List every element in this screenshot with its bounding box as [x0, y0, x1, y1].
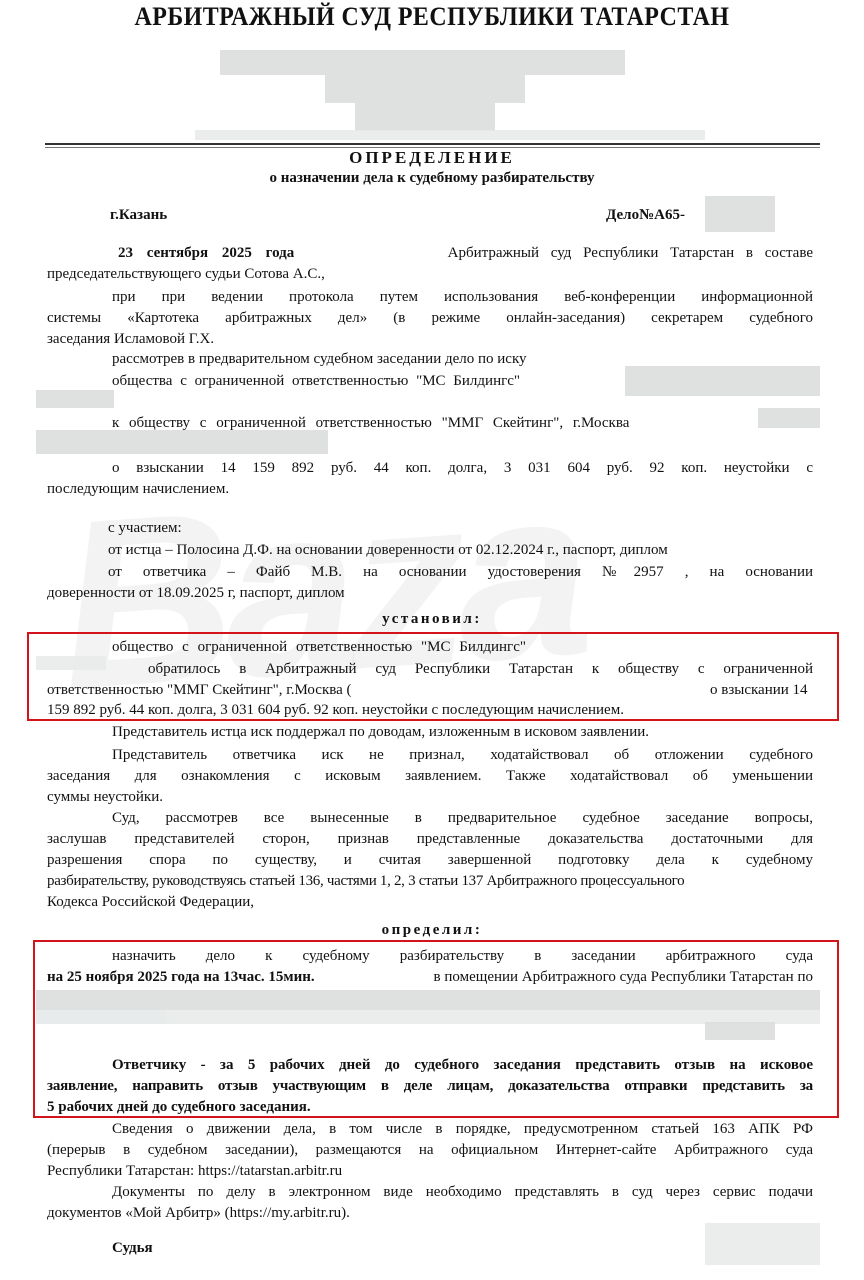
court-reasoning-line-3: разрешения спора по существу, и считая з… — [47, 850, 813, 871]
court-reasoning-line-4: разбирательству, руководствуясь статьей … — [47, 871, 684, 892]
judge-label: Судья — [112, 1238, 153, 1259]
claim-line-1: о взыскании 14 159 892 руб. 44 коп. долг… — [112, 458, 813, 479]
redacted-defendant-details — [758, 408, 820, 428]
header-divider — [45, 143, 820, 145]
ruling-line-2-text: в помещении Арбитражного суда Республики… — [434, 967, 813, 988]
redacted-address — [220, 50, 625, 75]
redacted-address — [195, 130, 705, 140]
intro-line-2: председательствующего судьи Сотова А.С., — [47, 264, 325, 285]
redacted-plaintiff-details — [36, 656, 106, 670]
redacted-plaintiff-details — [36, 390, 114, 408]
ruling-line-2: на 25 ноября 2025 года на 13час. 15мин. … — [47, 967, 813, 988]
redacted-court-address — [36, 990, 820, 1010]
intro-line-1: 23 сентября 2025 года Арбитражный суд Ре… — [118, 243, 813, 264]
defendant-representative-line-2: доверенности от 18.09.2025 г, паспорт, д… — [47, 583, 345, 604]
hearing-datetime: на 25 ноября 2025 года на 13час. 15мин. — [47, 967, 315, 988]
plaintiff-name: общества с ограниченной ответственностью… — [112, 371, 520, 392]
redacted-case-number — [705, 196, 775, 232]
case-info-line-3[interactable]: Республики Татарстан: https://tatarstan.… — [47, 1161, 342, 1182]
redacted-address — [355, 103, 495, 131]
defendant-position-line-3: суммы неустойки. — [47, 787, 163, 808]
established-heading: установил: — [0, 610, 864, 628]
intro-line-3: при при ведении протокола путем использо… — [112, 287, 813, 308]
city: г.Казань — [110, 205, 167, 226]
document-type: ОПРЕДЕЛЕНИЕ — [0, 148, 864, 168]
established-box-line-4: 159 892 руб. 44 коп. долга, 3 031 604 ру… — [47, 700, 624, 721]
ruled-heading: определил: — [0, 921, 864, 939]
redacted-court-address — [36, 1010, 166, 1024]
plaintiff-position: Представитель истца иск поддержал по дов… — [112, 722, 649, 743]
court-name: АРБИТРАЖНЫЙ СУД РЕСПУБЛИКИ ТАТАРСТАН — [35, 2, 830, 32]
case-info-line-2: (перерыв в судебном заседании), размещаю… — [47, 1140, 813, 1161]
intro-line-5: заседания Исламовой Г.Х. — [47, 329, 214, 350]
established-box-line-3a: ответственностью "ММГ Скейтинг", г.Москв… — [47, 680, 352, 701]
intro-line-6: рассмотрев в предварительном судебном за… — [112, 349, 527, 370]
established-box-line-3b: о взыскании 14 — [710, 680, 808, 701]
defendant-position-line-2: заседания для ознакомления с исковым зая… — [47, 766, 813, 787]
case-info-line-1: Сведения о движении дела, в том числе в … — [112, 1119, 813, 1140]
court-reasoning-line-2: заслушав представителей сторон, признав … — [47, 829, 813, 850]
case-number: Дело№А65- — [606, 205, 685, 226]
defendant-representative-line-1: от ответчика – Файб М.В. на основании уд… — [108, 562, 813, 583]
redacted-address — [325, 75, 525, 103]
redacted-plaintiff-details — [625, 366, 820, 396]
filing-info-line-1: Документы по делу в электронном виде нео… — [112, 1182, 813, 1203]
established-box-line-2: обратилось в Арбитражный суд Республики … — [148, 659, 813, 680]
ruling-line-1: назначить дело к судебному разбирательст… — [112, 946, 813, 967]
defendant-order-line-1: Ответчику - за 5 рабочих дней до судебно… — [112, 1055, 813, 1076]
participants-label: с участием: — [108, 518, 182, 539]
defendant-order-line-2: заявление, направить отзыв участвующим в… — [47, 1076, 813, 1097]
redacted-court-address — [705, 1022, 775, 1040]
defendant-order-line-3: 5 рабочих дней до судебного заседания. — [47, 1097, 311, 1118]
intro-line-1-text: Арбитражный суд Республики Татарстан в с… — [448, 243, 813, 264]
hearing-date: 23 сентября 2025 года — [118, 243, 294, 264]
court-reasoning-line-5: Кодекса Российской Федерации, — [47, 892, 254, 913]
intro-line-4: системы «Картотека арбитражных дел» (в р… — [47, 308, 813, 329]
plaintiff-representative: от истца – Полосина Д.Ф. на основании до… — [108, 540, 668, 561]
redacted-judge-name — [705, 1223, 820, 1265]
established-box-line-1: общество с ограниченной ответственностью… — [112, 637, 526, 658]
document-subtitle: о назначении дела к судебному разбирател… — [0, 170, 864, 187]
filing-info-line-2[interactable]: документов «Мой Арбитр» (https://my.arbi… — [47, 1203, 350, 1224]
claim-line-2: последующим начислением. — [47, 479, 229, 500]
defendant-position-line-1: Представитель ответчика иск не признал, … — [112, 745, 813, 766]
court-reasoning-line-1: Суд, рассмотрев все вынесенные в предвар… — [112, 808, 813, 829]
redacted-defendant-details — [36, 430, 328, 454]
